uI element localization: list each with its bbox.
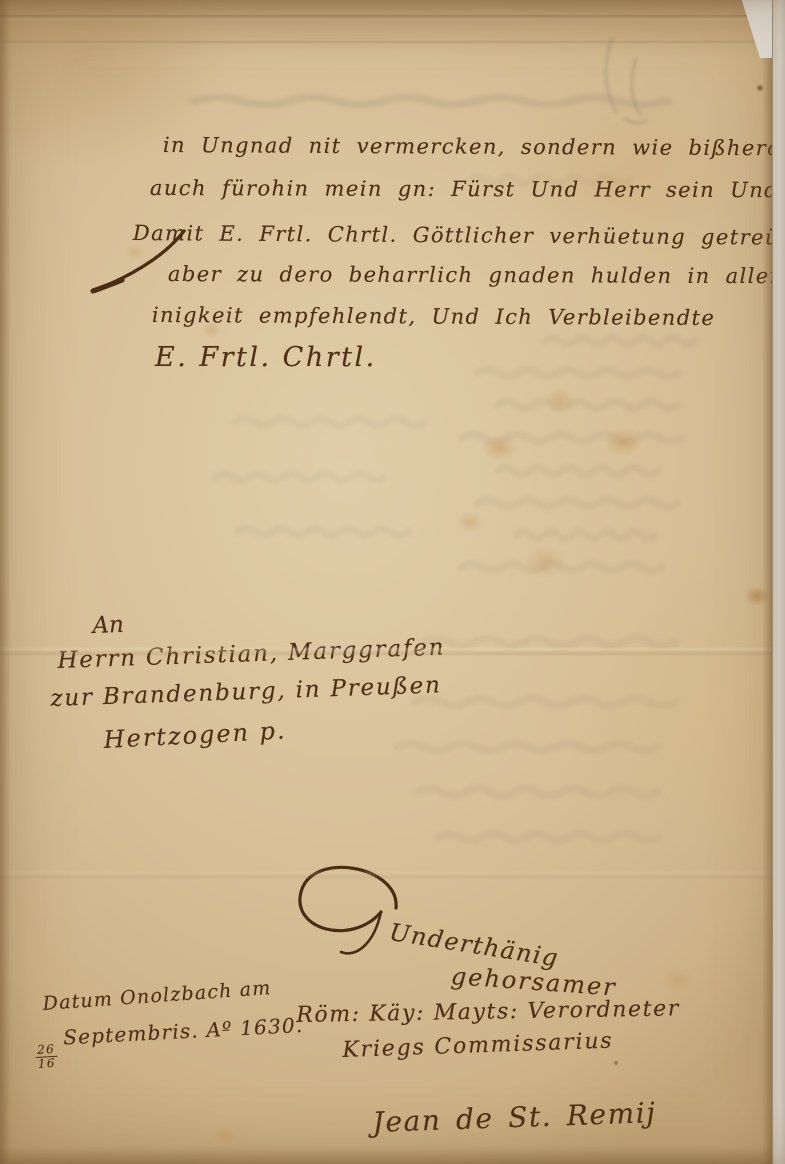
body-line: in Ungnad nit vermercken, sondern wie bi…: [163, 133, 785, 161]
scanner-background-strip: [772, 0, 785, 1164]
date-old-style: 16: [38, 1057, 56, 1071]
top-right-corner-cut: [739, 0, 773, 58]
horizontal-fold-crease: [0, 872, 785, 878]
valediction-loop-flourish: [300, 867, 396, 953]
body-line: inigkeit empfehlendt, Und Ich Verbleiben…: [152, 303, 715, 330]
crease-line: [0, 41, 785, 45]
dateline-place: Datum Onolzbach am: [42, 977, 272, 1015]
dateline-date: 2616Septembris. Aº 1630.: [34, 1013, 305, 1070]
manuscript-page: in Ungnad nit vermercken, sondern wie bi…: [0, 0, 785, 1164]
top-fold-shadow: [0, 0, 785, 56]
office-line: Kriegs Commissarius: [342, 1029, 614, 1063]
bottom-edge-shadow: [0, 1146, 785, 1164]
office-line: Röm: Käy: Mayts: Verordneter: [296, 996, 680, 1028]
body-line: auch fürohin mein gn: Fürst Und Herr sei…: [150, 176, 785, 203]
address-line: An: [92, 612, 124, 639]
crease-line: [0, 15, 785, 20]
double-date-fraction: 2616: [35, 1043, 58, 1070]
valediction-line: gehorsamer: [450, 962, 618, 1002]
address-line: zur Brandenburg, in Preußen: [50, 672, 442, 712]
address-line: Herrn Christian, Marggrafen: [57, 634, 446, 674]
left-edge-shadow: [0, 0, 10, 1164]
pencil-archival-mark: [606, 38, 648, 123]
address-line: Hertzogen p.: [103, 716, 287, 754]
body-line: aber zu dero beharrlich gnaden hulden in…: [168, 262, 785, 289]
signature: Jean de St. Remij: [372, 1096, 657, 1139]
body-line: Damit E. Frtl. Chrtl. Göttlicher verhüet…: [133, 221, 785, 250]
body-line-abbreviation: E. Frtl. Chrtl.: [155, 342, 377, 373]
dateline-month-year: Septembris. Aº 1630.: [63, 1013, 304, 1050]
